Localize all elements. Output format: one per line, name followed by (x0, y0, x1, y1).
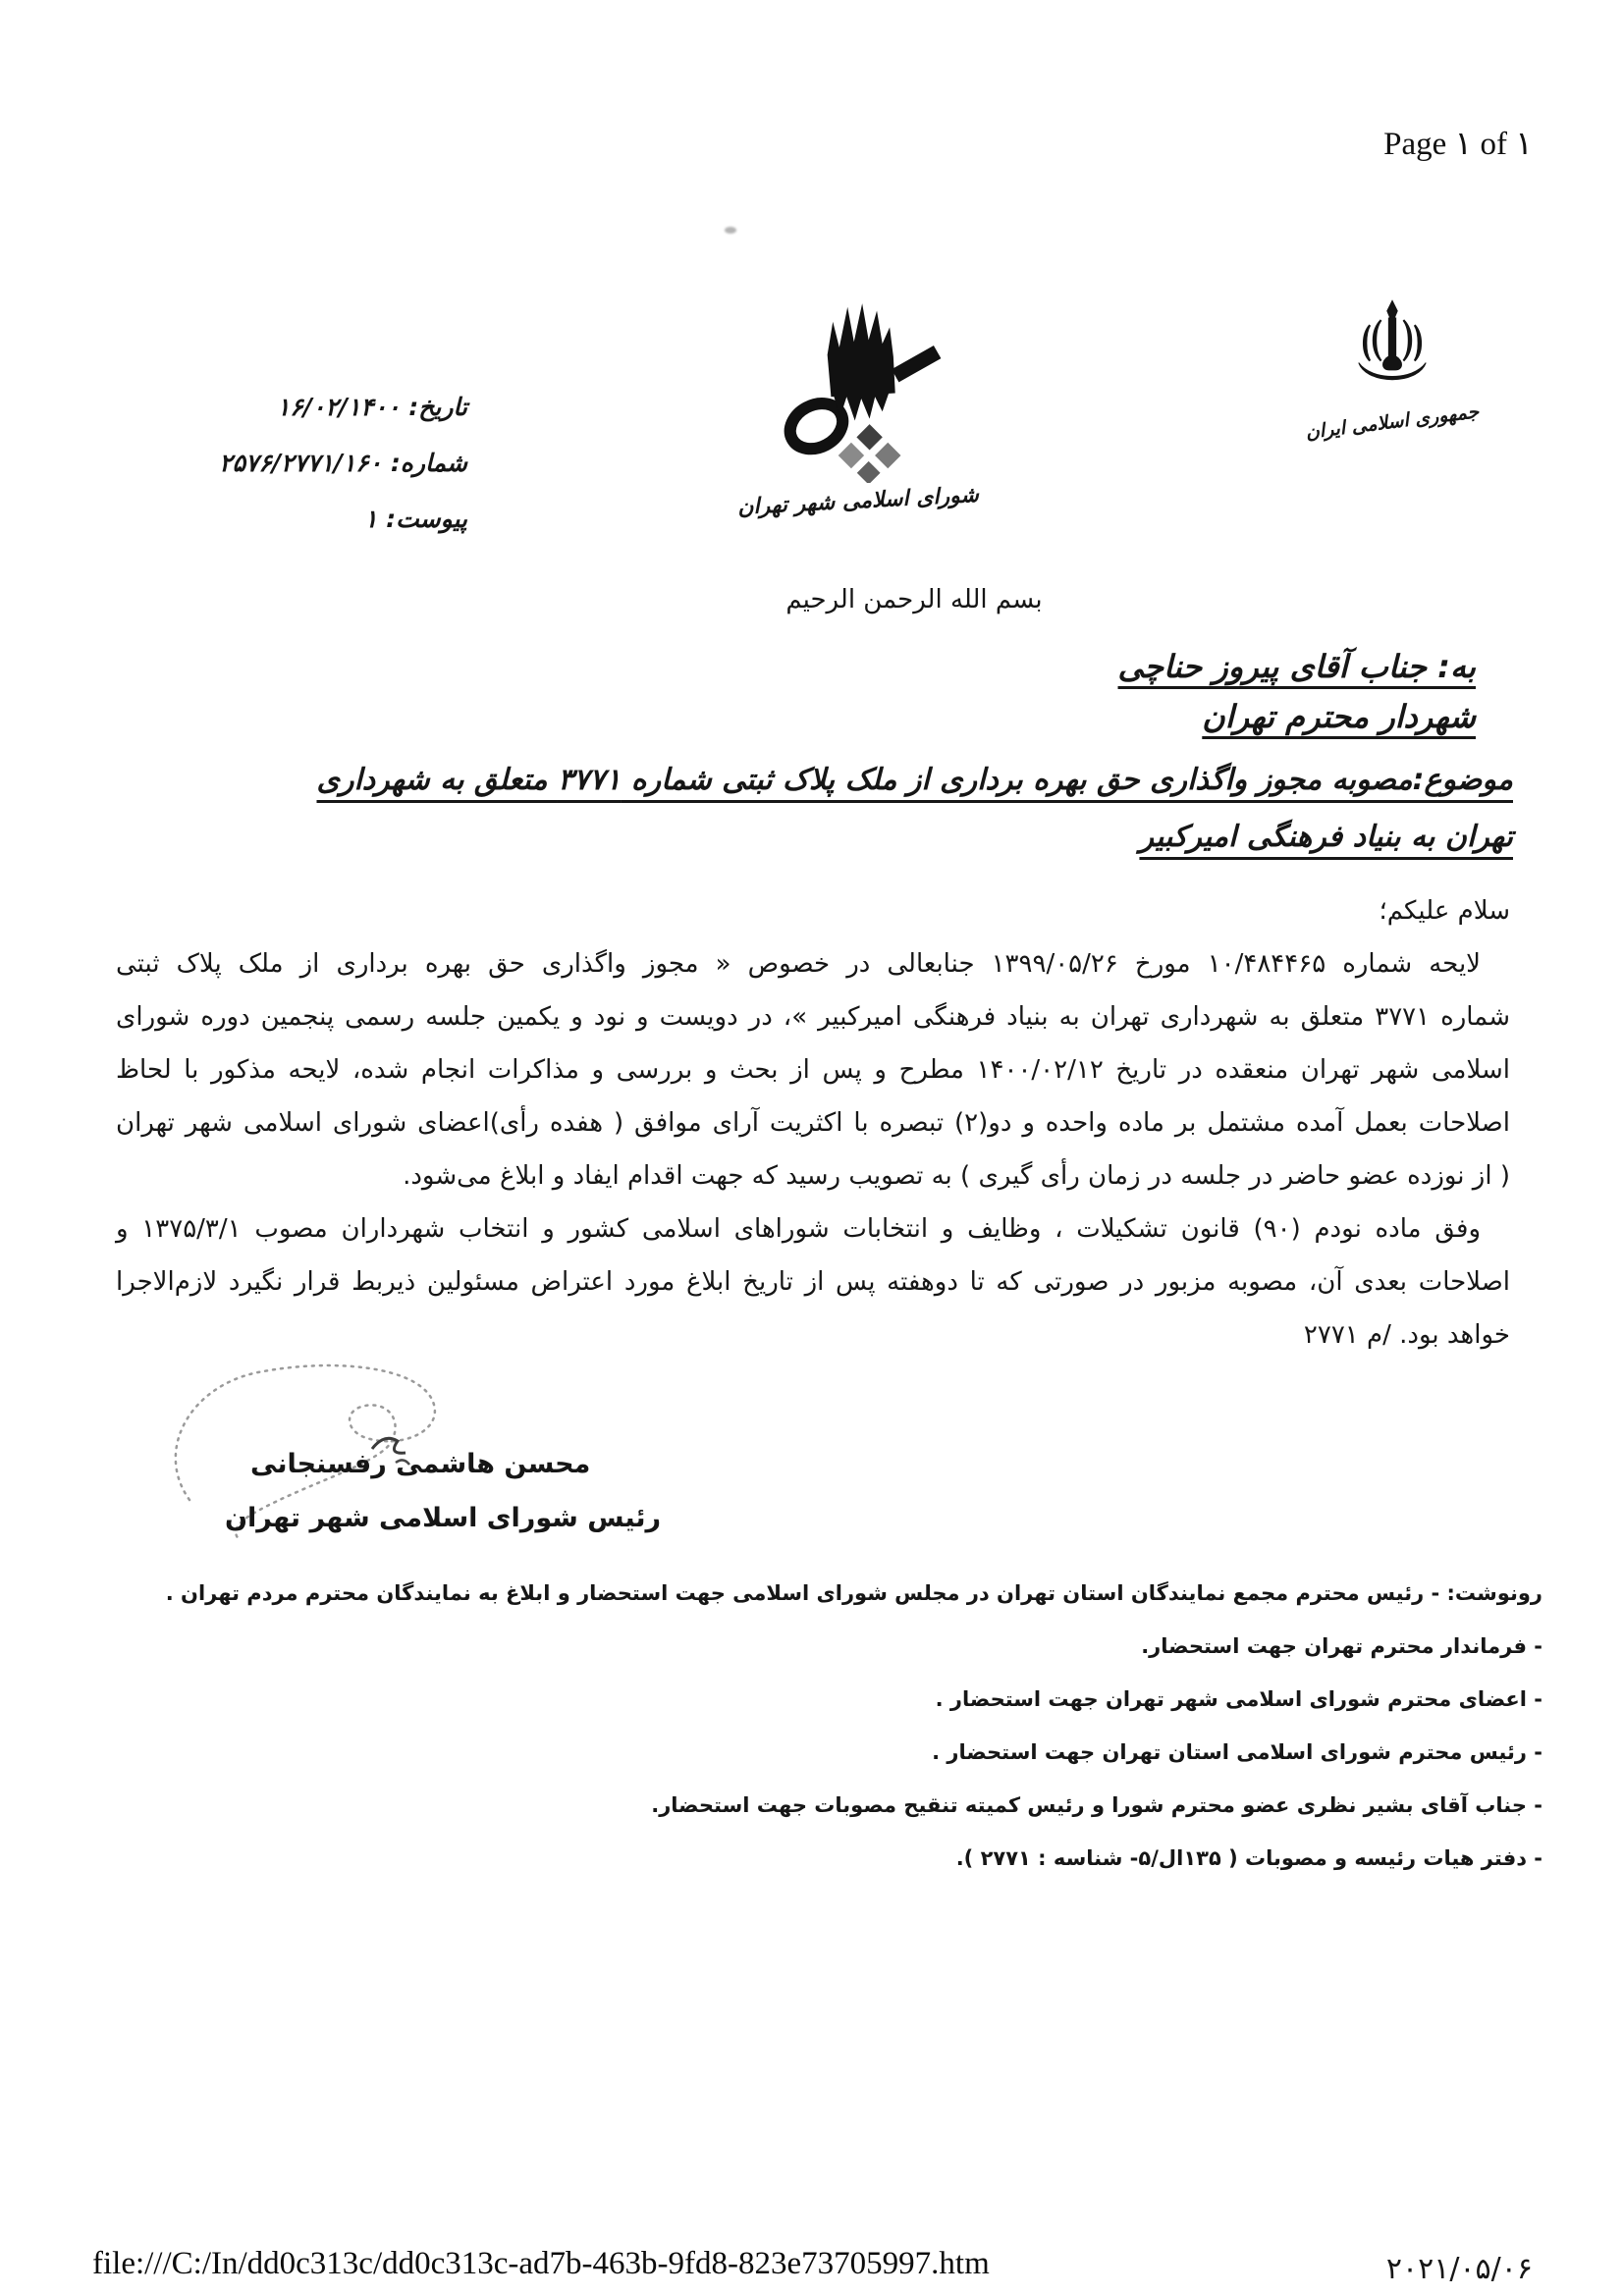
body-line: اصلاحات بعدی آن، مصوبه مزبور در صورتی که… (116, 1255, 1510, 1308)
body-line: سلام علیکم؛ (116, 884, 1510, 937)
signature-title: رئیس شورای اسلامی شهر تهران (225, 1503, 661, 1533)
cc-list: رونوشت: - رئیس محترم مجمع نمایندگان استا… (245, 1567, 1542, 1885)
body-line: ( از نوزده عضو حاضر در جلسه در زمان رأی … (116, 1149, 1510, 1202)
cc-line: - رئیس محترم شورای اسلامی استان تهران جه… (245, 1726, 1542, 1779)
iran-emblem: جمهوری اسلامی ایران (1300, 295, 1485, 433)
addressee-line-1: به: جناب آقای پیروز حناچی (1118, 642, 1476, 692)
iran-emblem-icon (1336, 295, 1448, 398)
checker-diamond (839, 424, 901, 483)
number-field: شماره: ۲۵۷۶/۲۷۷۱/۱۶۰ (224, 435, 467, 491)
subject-line-2: تهران به بنیاد فرهنگی امیرکبیر (381, 809, 1513, 866)
document-page: Page ۱ of ۱ تاریخ: ۱۶/۰۲/۱۴۰۰ شماره: ۲۵۷… (0, 0, 1623, 2296)
body-line: شماره ۳۷۷۱ متعلق به شهرداری تهران به بنی… (116, 990, 1510, 1043)
attachment-field: پیوست: ۱ (224, 491, 467, 547)
addressee-line-2: شهردار محترم تهران (1118, 692, 1476, 742)
council-logo: شورای اسلامی شهر تهران (749, 291, 979, 513)
body-text: سلام علیکم؛ لایحه شماره ۱۰/۴۸۴۴۶۵ مورخ ۱… (116, 884, 1510, 1362)
body-line: لایحه شماره ۱۰/۴۸۴۴۶۵ مورخ ۱۳۹۹/۰۵/۲۶ جن… (116, 937, 1510, 990)
cc-line: - فرماندار محترم تهران جهت استحضار. (245, 1620, 1542, 1673)
cc-line: رونوشت: - رئیس محترم مجمع نمایندگان استا… (245, 1567, 1542, 1620)
cc-line: - جناب آقای بشیر نظری عضو محترم شورا و ر… (245, 1779, 1542, 1832)
letter-header-fields: تاریخ: ۱۶/۰۲/۱۴۰۰ شماره: ۲۵۷۶/۲۷۷۱/۱۶۰ پ… (224, 379, 467, 547)
subject-line-1: موضوع:مصوبه مجوز واگذاری حق بهره برداری … (381, 752, 1513, 809)
cc-line: - اعضای محترم شورای اسلامی شهر تهران جهت… (245, 1673, 1542, 1726)
addressee-block: به: جناب آقای پیروز حناچی شهردار محترم ت… (1118, 642, 1476, 742)
footer-url: file:///C:/In/dd0c313c/dd0c313c-ad7b-463… (92, 2246, 990, 2282)
council-logo-caption: شورای اسلامی شهر تهران (749, 483, 980, 519)
body-line: وفق ماده نودم (۹۰) قانون تشکیلات ، وظایف… (116, 1202, 1510, 1255)
scan-speck (725, 227, 736, 234)
date-field: تاریخ: ۱۶/۰۲/۱۴۰۰ (224, 379, 467, 435)
body-line: اصلاحات بعمل آمده مشتمل بر ماده واحده و … (116, 1096, 1510, 1149)
signature-name: محسن هاشمی رفسنجانی (250, 1449, 590, 1479)
council-logo-icon (773, 291, 955, 483)
subject-block: موضوع:مصوبه مجوز واگذاری حق بهره برداری … (381, 752, 1513, 866)
cc-line: - دفتر هیات رئیسه و مصوبات ( ۱۳۵ال/۵- شن… (245, 1832, 1542, 1885)
page-number-label: Page ۱ of ۱ (1383, 124, 1533, 163)
bismillah-text: بسم الله الرحمن الرحيم (742, 585, 1086, 614)
footer-date: ۲۰۲۱/۰۵/۰۶ (1386, 2252, 1533, 2286)
body-line: اسلامی شهر تهران منعقده در تاریخ ۱۴۰۰/۰۲… (116, 1043, 1510, 1096)
signature-area: محسن هاشمی رفسنجانی رئیس شورای اسلامی شه… (162, 1353, 614, 1578)
iran-emblem-caption: جمهوری اسلامی ایران (1299, 400, 1485, 445)
